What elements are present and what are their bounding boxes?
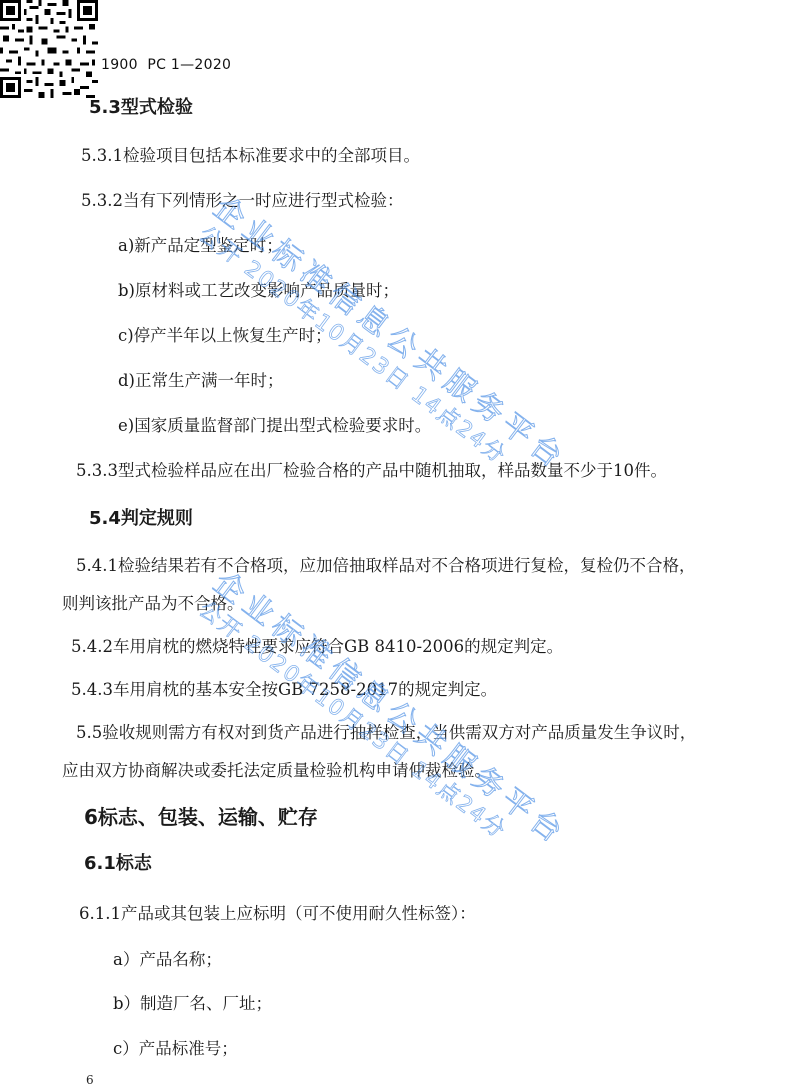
section-title-6-1: 6.1标志 xyxy=(84,853,152,875)
list-item: b)原材料或工艺改变影响产品质量时； xyxy=(118,281,399,301)
list-item: d)正常生产满一年时； xyxy=(118,371,284,391)
qr-code-icon xyxy=(0,0,98,98)
section-title-5-4: 5.4判定规则 xyxy=(89,508,193,530)
section-title-5-3: 5.3型式检验 xyxy=(89,97,193,119)
list-item: e)国家质量监督部门提出型式检验要求时。 xyxy=(118,416,431,436)
list-item: c)停产半年以上恢复生产时； xyxy=(118,326,332,346)
paragraph-5-3-1: 5.3.1检验项目包括本标准要求中的全部项目。 xyxy=(81,146,420,166)
paragraph-5-4-3: 5.4.3车用肩枕的基本安全按GB 7258-2017的规定判定。 xyxy=(71,680,497,700)
list-item: c）产品标准号； xyxy=(113,1039,238,1059)
paragraph-5-4-1-line2: 则判该批产品为不合格。 xyxy=(62,594,244,614)
paragraph-5-5-line2: 应由双方协商解决或委托法定质量检验机构申请仲裁检验。 xyxy=(62,761,491,781)
paragraph-5-3-3: 5.3.3型式检验样品应在出厂检验合格的产品中随机抽取，样品数量不少于10件。 xyxy=(76,461,667,481)
paragraph-5-4-1-line1: 5.4.1检验结果若有不合格项，应加倍抽取样品对不合格项进行复检，复检仍不合格， xyxy=(76,556,695,576)
watermark-line2: 公开 2020年10月23日 14点24分 xyxy=(193,221,552,501)
standard-code: 1900 PC 1—2020 xyxy=(101,57,231,73)
paragraph-6-1-1: 6.1.1产品或其包装上应标明（可不使用耐久性标签）： xyxy=(79,904,476,924)
list-item: a）产品名称； xyxy=(113,950,222,970)
paragraph-5-4-2: 5.4.2车用肩枕的燃烧特性要求应符合GB 8410-2006的规定判定。 xyxy=(71,637,563,657)
page-number: 6 xyxy=(86,1073,94,1087)
watermark: 企业标准信息公共服务平台 公开 2020年10月23日 14点24分 xyxy=(189,565,573,876)
list-item: a)新产品定型鉴定时； xyxy=(118,236,283,256)
paragraph-5-5-line1: 5.5验收规则需方有权对到货产品进行抽样检查，当供需双方对产品质量发生争议时， xyxy=(76,723,696,743)
paragraph-5-3-2: 5.3.2当有下列情形之一时应进行型式检验： xyxy=(81,191,403,211)
list-item: b）制造厂名、厂址； xyxy=(113,994,272,1014)
section-title-6: 6标志、包装、运输、贮存 xyxy=(84,805,318,829)
